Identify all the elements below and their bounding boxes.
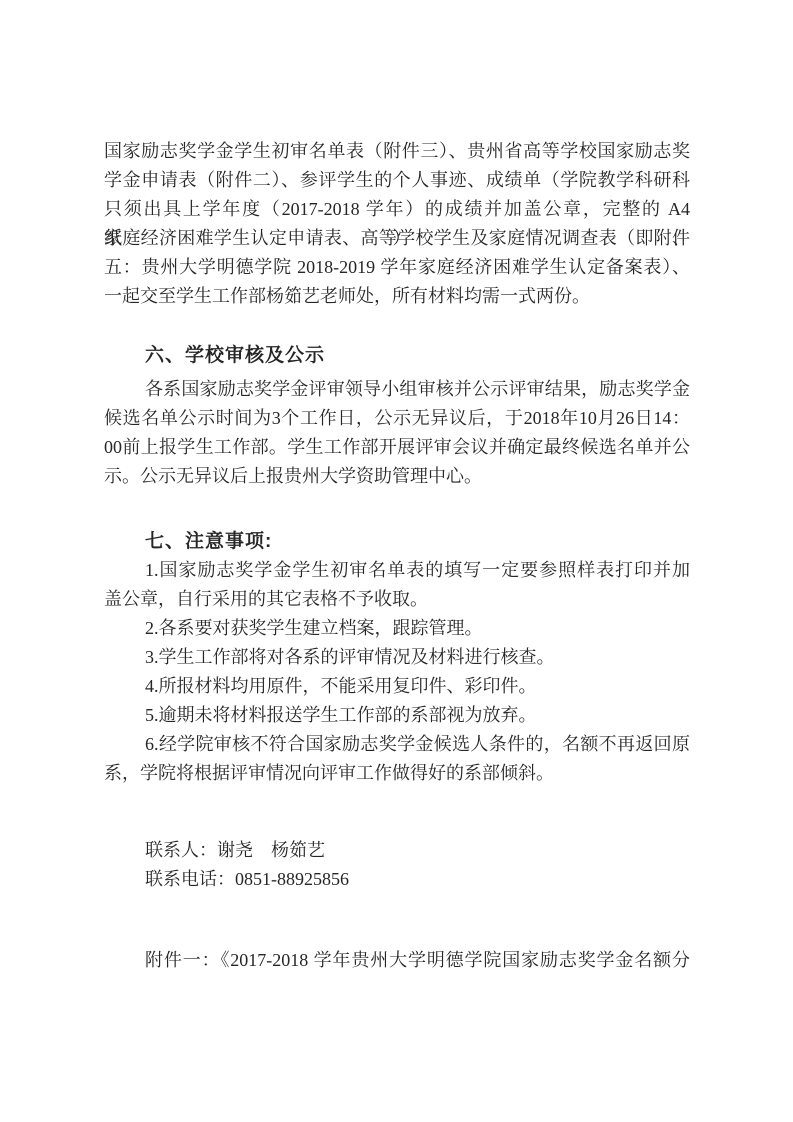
paragraph-line: 家庭经济困难学生认定申请表、高等学校学生及家庭情况调查表（即附件 xyxy=(104,224,690,253)
notice-item-line: 系，学院将根据评审情况向评审工作做得好的系部倾斜。 xyxy=(104,759,690,788)
paragraph-line: 一起交至学生工作部杨筎艺老师处，所有材料均需一式两份。 xyxy=(104,282,690,311)
notice-item-line: 6.经学院审核不符合国家励志奖学金候选人条件的，名额不再返回原 xyxy=(104,730,690,759)
paragraph-line: 各系国家励志奖学金评审领导小组审核并公示评审结果，励志奖学金 xyxy=(104,375,690,404)
notice-item-line: 5.逾期未将材料报送学生工作部的系部视为放弃。 xyxy=(104,701,690,730)
notice-item-line: 3.学生工作部将对各系的评审情况及材料进行核查。 xyxy=(104,643,690,672)
paragraph-line: 候选名单公示时间为3个工作日，公示无异议后，于2018年10月26日14： xyxy=(104,404,690,433)
notice-item-line: 2.各系要对获奖学生建立档案，跟踪管理。 xyxy=(104,614,690,643)
paragraph-line: 五：贵州大学明德学院 2018-2019 学年家庭经济困难学生认定备案表）、 xyxy=(104,253,690,282)
section-heading-notes: 七、注意事项: xyxy=(104,527,690,556)
contact-person: 联系人：谢尧 杨筎艺 xyxy=(104,836,690,865)
notice-item-line: 盖公章，自行采用的其它表格不予收取。 xyxy=(104,585,690,614)
document-text-block: 国家励志奖学金学生初审名单表（附件三）、贵州省高等学校国家励志奖 学金申请表（附… xyxy=(104,137,690,975)
notice-item-line: 4.所报材料均用原件，不能采用复印件、彩印件。 xyxy=(104,672,690,701)
section-heading-school-review: 六、学校审核及公示 xyxy=(104,341,690,370)
document-page: 国家励志奖学金学生初审名单表（附件三）、贵州省高等学校国家励志奖 学金申请表（附… xyxy=(0,0,793,1122)
paragraph-line: 学金申请表（附件二）、参评学生的个人事迹、成绩单（学院教学科研科 xyxy=(104,166,690,195)
contact-phone: 联系电话：0851-88925856 xyxy=(104,865,690,894)
notice-item-line: 1.国家励志奖学金学生初审名单表的填写一定要参照样表打印并加 xyxy=(104,556,690,585)
paragraph-line: 国家励志奖学金学生初审名单表（附件三）、贵州省高等学校国家励志奖 xyxy=(104,137,690,166)
paragraph-line: 只须出具上学年度（2017-2018 学年）的成绩并加盖公章，完整的 A4 纸）… xyxy=(104,195,690,224)
attachment-reference: 附件一：《2017-2018 学年贵州大学明德学院国家励志奖学金名额分 xyxy=(104,946,690,975)
paragraph-line: 00前上报学生工作部。学生工作部开展评审会议并确定最终候选名单并公 xyxy=(104,433,690,462)
paragraph-line: 示。公示无异议后上报贵州大学资助管理中心。 xyxy=(104,462,690,491)
